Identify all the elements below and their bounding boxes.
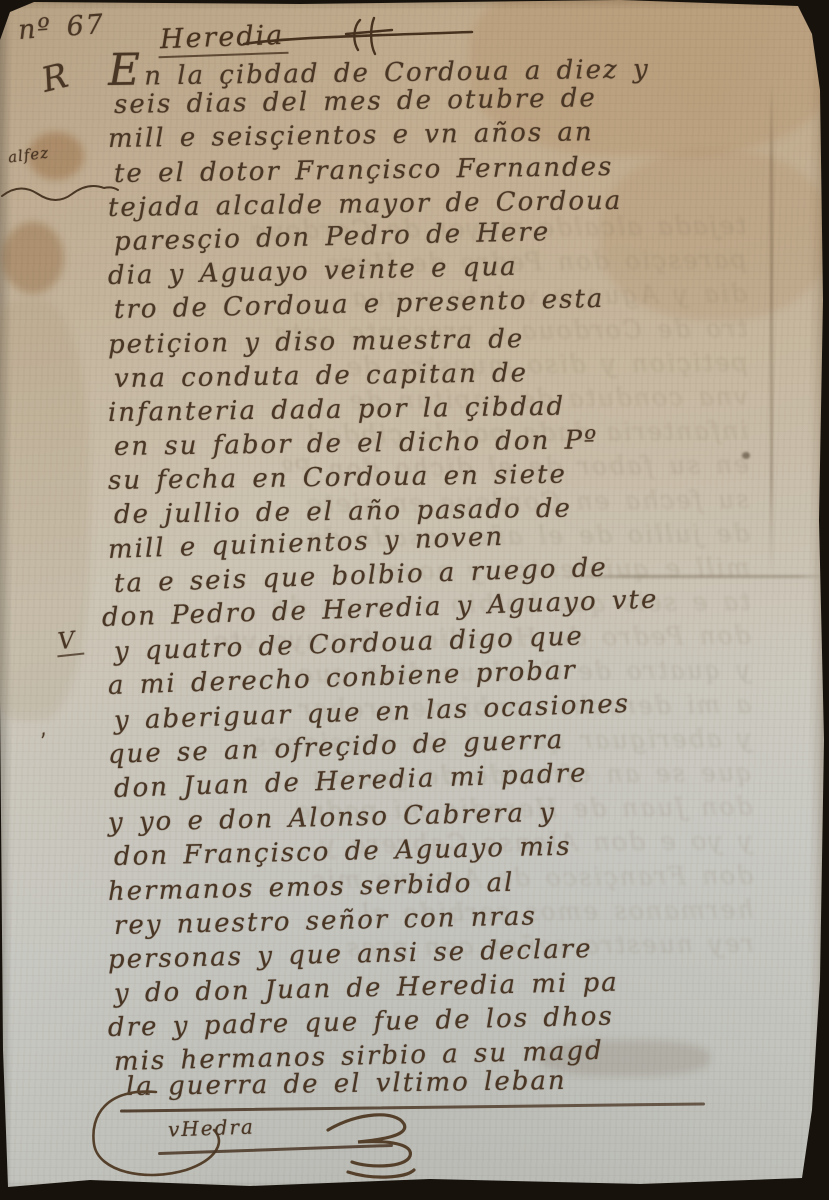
margin-tick-mark: , — [34, 715, 50, 740]
paper-edge-right — [809, 0, 829, 1200]
manuscript-text-block: En la çibdad de Cordoua a diez y seis di… — [108, 54, 728, 1080]
margin-v-mark: V — [55, 627, 84, 658]
ink-spot — [742, 452, 750, 459]
age-stain — [0, 300, 90, 720]
signature-underline — [158, 1144, 393, 1155]
archival-number: nº 67 — [17, 9, 106, 46]
closing-underlined-line: la guerra de el vltimo leban — [126, 1066, 567, 1102]
closing-pen-underline — [120, 1102, 705, 1112]
paper-sheet: tejada alcalde mayor de Cordoua paresçio… — [0, 0, 829, 1200]
manuscript-photo: tejada alcalde mayor de Cordoua paresçio… — [0, 0, 829, 1200]
paper-edge-top — [0, 0, 829, 10]
paper-edge-bottom — [0, 1180, 829, 1200]
paper-edge-left — [0, 0, 12, 1200]
margin-note-flourish — [0, 178, 120, 206]
ink-stain — [2, 222, 64, 294]
margin-note: alfez — [7, 144, 50, 167]
signature-rubric-flourish — [318, 1102, 428, 1182]
signature-text: vHedra — [168, 1114, 256, 1141]
archival-rubric: R — [38, 55, 74, 100]
fold-crease-vertical — [770, 85, 773, 575]
